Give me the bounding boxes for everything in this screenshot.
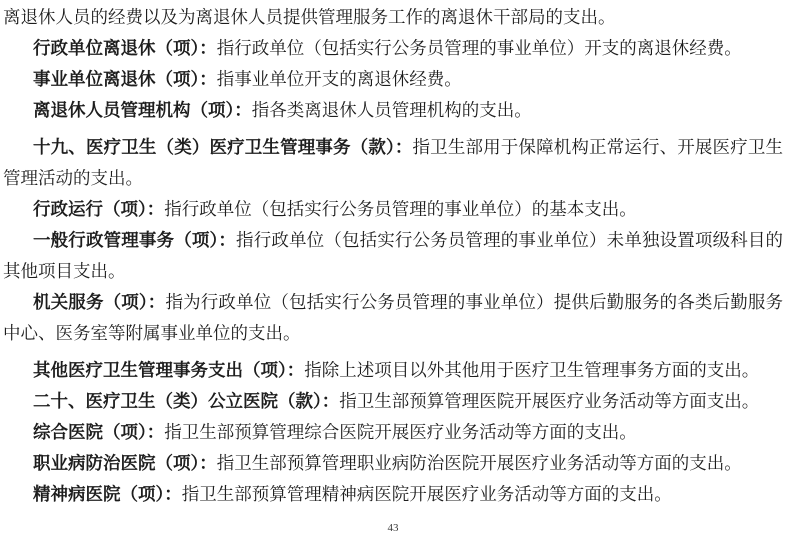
term-label: 一般行政管理事务（项）：: [33, 230, 236, 250]
page-number: 43: [3, 518, 783, 538]
paragraph: 精神病医院（项）：指卫生部预算管理精神病医院开展医疗业务活动等方面的支出。: [3, 479, 783, 510]
term-label: 事业单位离退休（项）：: [33, 69, 217, 89]
paragraph-text: 指卫生部预算管理精神病医院开展医疗业务活动等方面的支出。: [182, 484, 672, 504]
paragraph-text: 指卫生部预算管理职业病防治医院开展医疗业务活动等方面的支出。: [217, 453, 742, 473]
paragraph-text: 指行政单位（包括实行公务员管理的事业单位）的基本支出。: [164, 199, 637, 219]
term-label: 十九、医疗卫生（类）医疗卫生管理事务（款）：: [33, 137, 413, 157]
paragraph: 机关服务（项）：指为行政单位（包括实行公务员管理的事业单位）提供后勤服务的各类后…: [3, 287, 783, 349]
paragraph: 行政运行（项）：指行政单位（包括实行公务员管理的事业单位）的基本支出。: [3, 194, 783, 225]
paragraph-text: 指行政单位（包括实行公务员管理的事业单位）开支的离退休经费。: [217, 38, 742, 58]
document-page: 离退休人员的经费以及为离退休人员提供管理服务工作的离退休干部局的支出。 行政单位…: [0, 0, 787, 539]
paragraph-text: 指卫生部预算管理综合医院开展医疗业务活动等方面的支出。: [164, 422, 637, 442]
term-label: 行政运行（项）：: [33, 199, 164, 219]
paragraph: 行政单位离退休（项）：指行政单位（包括实行公务员管理的事业单位）开支的离退休经费…: [3, 33, 783, 64]
paragraph-text: 指各类离退休人员管理机构的支出。: [252, 100, 532, 120]
paragraph: 事业单位离退休（项）：指事业单位开支的离退休经费。: [3, 64, 783, 95]
paragraph-text: 指除上述项目以外其他用于医疗卫生管理事务方面的支出。: [304, 360, 759, 380]
term-label: 二十、医疗卫生（类）公立医院（款）：: [33, 391, 339, 411]
paragraph: 综合医院（项）：指卫生部预算管理综合医院开展医疗业务活动等方面的支出。: [3, 417, 783, 448]
paragraph-text: 指卫生部预算管理医院开展医疗业务活动等方面支出。: [339, 391, 759, 411]
term-label: 机关服务（项）：: [33, 292, 165, 312]
paragraph-section-19: 十九、医疗卫生（类）医疗卫生管理事务（款）：指卫生部用于保障机构正常运行、开展医…: [3, 132, 783, 194]
paragraph-continuation: 离退休人员的经费以及为离退休人员提供管理服务工作的离退休干部局的支出。: [3, 2, 783, 33]
term-label: 精神病医院（项）：: [33, 484, 182, 504]
term-label: 离退休人员管理机构（项）：: [33, 100, 252, 120]
paragraph-text: 指事业单位开支的离退休经费。: [217, 69, 462, 89]
term-label: 其他医疗卫生管理事务支出（项）：: [33, 360, 304, 380]
paragraph-section-20: 二十、医疗卫生（类）公立医院（款）：指卫生部预算管理医院开展医疗业务活动等方面支…: [3, 386, 783, 417]
paragraph: 一般行政管理事务（项）：指行政单位（包括实行公务员管理的事业单位）未单独设置项级…: [3, 225, 783, 287]
paragraph: 职业病防治医院（项）：指卫生部预算管理职业病防治医院开展医疗业务活动等方面的支出…: [3, 448, 783, 479]
term-label: 行政单位离退休（项）：: [33, 38, 217, 58]
term-label: 综合医院（项）：: [33, 422, 164, 442]
paragraph: 离退休人员管理机构（项）：指各类离退休人员管理机构的支出。: [3, 95, 783, 126]
paragraph-text: 离退休人员的经费以及为离退休人员提供管理服务工作的离退休干部局的支出。: [3, 7, 616, 27]
term-label: 职业病防治医院（项）：: [33, 453, 217, 473]
paragraph: 其他医疗卫生管理事务支出（项）：指除上述项目以外其他用于医疗卫生管理事务方面的支…: [3, 355, 783, 386]
